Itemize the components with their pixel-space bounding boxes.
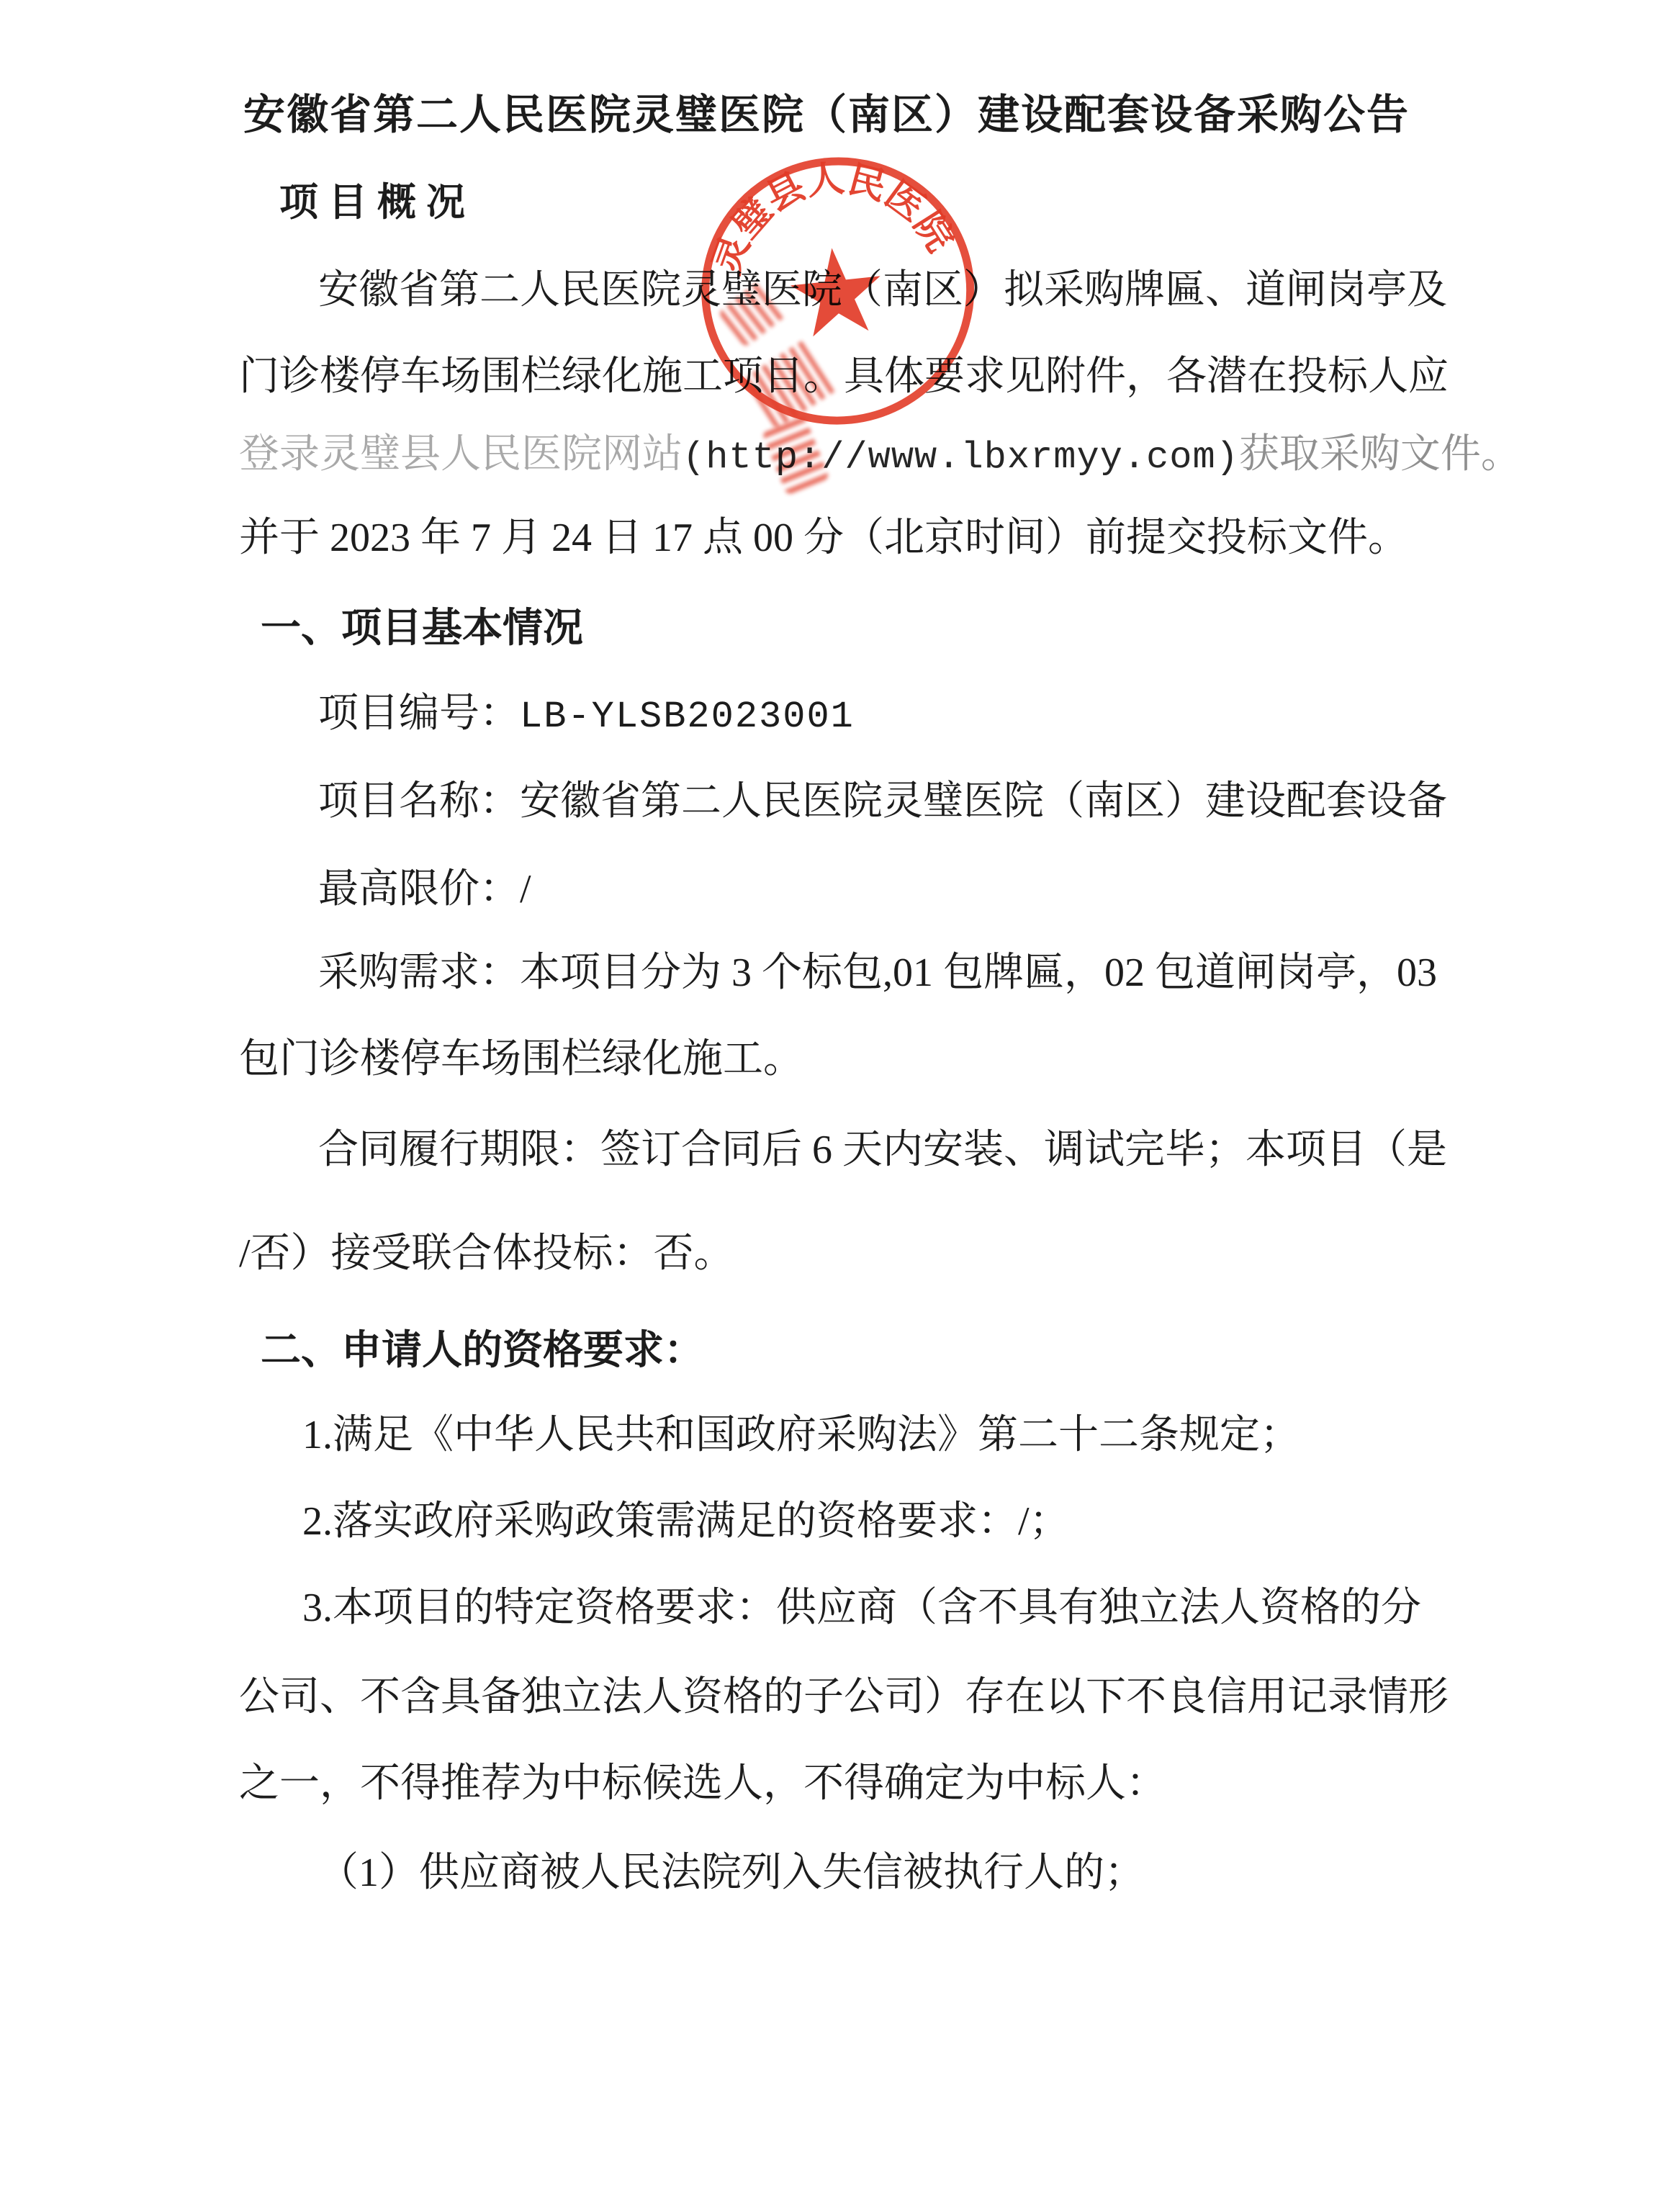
project-name-line: 项目名称：安徽省第二人民医院灵璧医院（南区）建设配套设备 — [318, 779, 1447, 824]
requirement-subitem-line: （1）供应商被人民法院列入失信被执行人的； — [318, 1851, 1145, 1895]
requirement-line: 公司、不含具备独立法人资格的子公司）存在以下不良信用记录情形 — [239, 1675, 1449, 1719]
scanned-procurement-notice: 安徽省第二人民医院灵璧医院（南区）建设配套设备采购公告 项目概况 安徽省第二人民… — [0, 0, 1653, 2212]
requirement-line: 之一，不得推荐为中标候选人，不得确定为中标人： — [239, 1761, 1166, 1806]
contract-term-line: /否）接受联合体投标：否。 — [239, 1231, 734, 1276]
requirement-line: 1.满足《中华人民共和国政府采购法》第二十二条规定； — [302, 1413, 1300, 1457]
paragraph-line: 并于 2023 年 7 月 24 日 17 点 00 分（北京时间）前提交投标文… — [239, 516, 1408, 560]
project-number-label: 项目编号： — [318, 691, 520, 736]
faded-text: 登录灵璧县人民医院网站 — [239, 432, 683, 477]
demand-line: 采购需求：本项目分为 3 个标包,01 包牌匾，02 包道闸岗亭，03 — [318, 950, 1437, 995]
contract-term-line: 合同履行期限：签订合同后 6 天内安装、调试完毕；本项目（是 — [318, 1128, 1447, 1172]
official-seal: 灵璧县人民医院 — [672, 123, 1005, 463]
section2-heading: 二、申请人的资格要求： — [261, 1328, 704, 1373]
page-title: 安徽省第二人民医院灵璧医院（南区）建设配套设备采购公告 — [0, 81, 1653, 141]
seal-star-icon — [787, 243, 886, 338]
requirement-line: 2.落实政府采购政策需满足的资格要求：/； — [302, 1499, 1070, 1544]
faded-text: 获取采购文件。 — [1239, 432, 1521, 477]
requirement-line: 3.本项目的特定资格要求：供应商（含不具有独立法人资格的分 — [302, 1586, 1421, 1630]
project-number-line: 项目编号：LB-YLSB2023001 — [318, 691, 855, 739]
overview-heading: 项目概况 — [279, 171, 475, 227]
seal-graphic: 灵璧县人民医院 — [672, 123, 1005, 463]
demand-line: 包门诊楼停车场围栏绿化施工。 — [239, 1037, 803, 1082]
project-number-value: LB-YLSB2023001 — [520, 696, 855, 738]
max-price-line: 最高限价：/ — [318, 867, 531, 912]
section1-heading: 一、项目基本情况 — [261, 606, 583, 651]
